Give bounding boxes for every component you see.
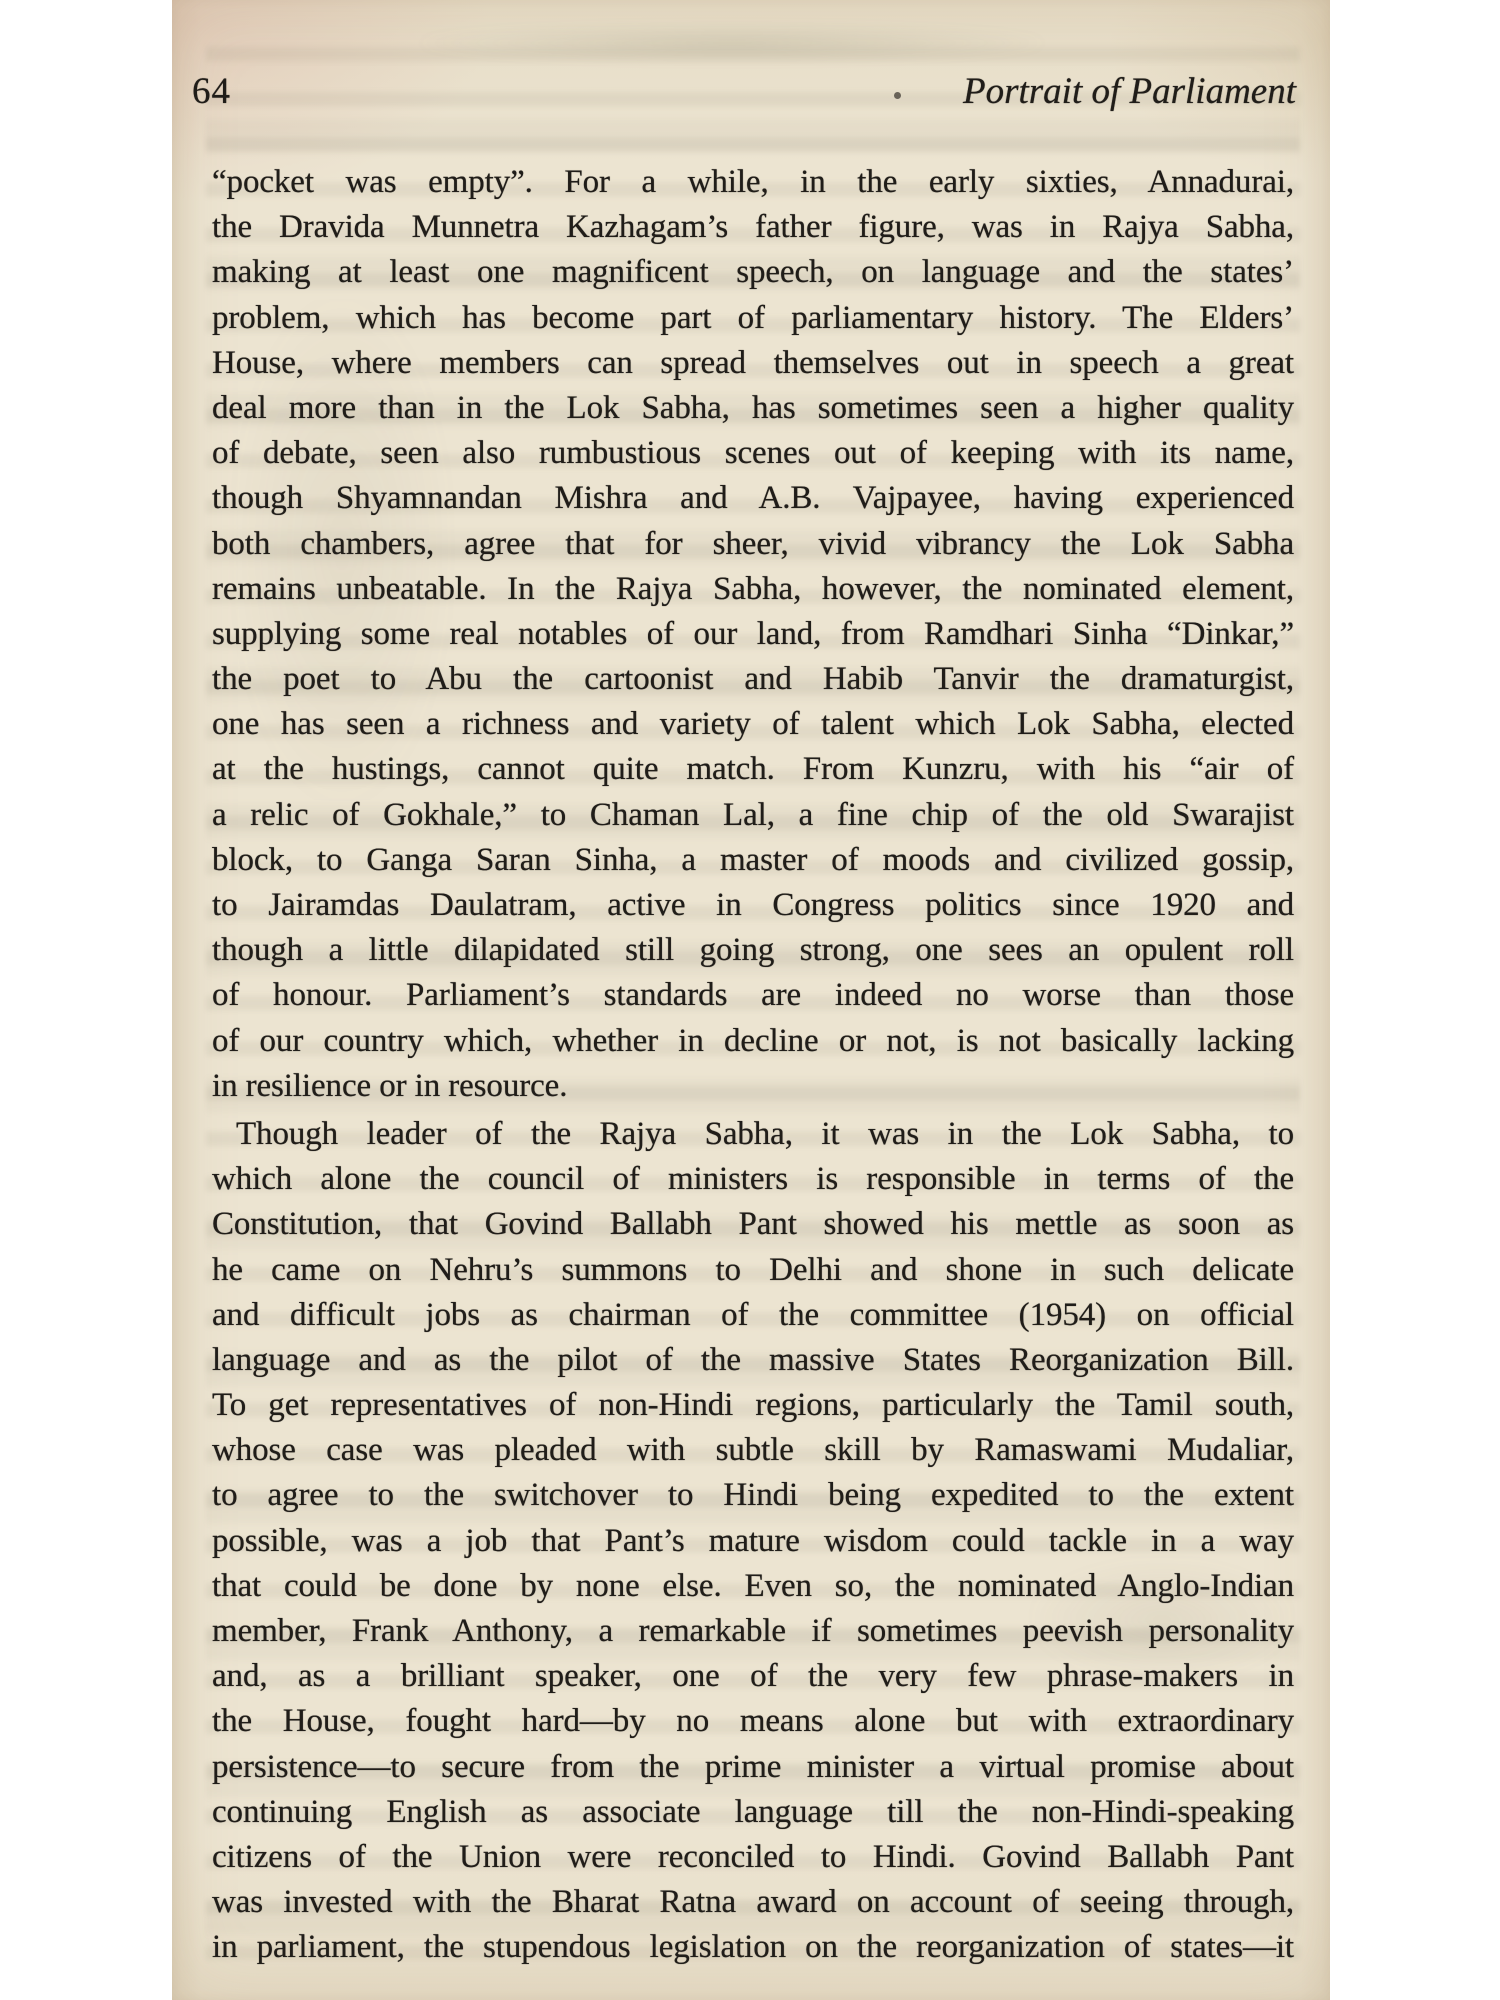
text-line: to Jairamdas Daulatram, active in Congre… (212, 883, 1294, 928)
text-block: “pocket was empty”. For a while, in the … (212, 160, 1294, 1971)
text-line: in resilience or in resource. (212, 1064, 1294, 1109)
text-line: block, to Ganga Saran Sinha, a master of… (212, 838, 1294, 883)
text-line: language and as the pilot of the massive… (212, 1338, 1294, 1383)
text-line: a relic of Gokhale,” to Chaman Lal, a fi… (212, 793, 1294, 838)
text-line: citizens of the Union were reconciled to… (212, 1835, 1294, 1880)
text-line: the Dravida Munnetra Kazhagam’s father f… (212, 205, 1294, 250)
text-line: he came on Nehru’s summons to Delhi and … (212, 1248, 1294, 1293)
text-line: the poet to Abu the cartoonist and Habib… (212, 657, 1294, 702)
text-line: supplying some real notables of our land… (212, 612, 1294, 657)
text-line: though Shyamnandan Mishra and A.B. Vajpa… (212, 476, 1294, 521)
text-line: persistence—to secure from the prime min… (212, 1745, 1294, 1790)
text-line: in parliament, the stupendous legislatio… (212, 1925, 1294, 1970)
scanned-book-page: 64 Portrait of Parliament “pocket was em… (0, 0, 1500, 2000)
text-line: the House, fought hard—by no means alone… (212, 1699, 1294, 1744)
text-line: of our country which, whether in decline… (212, 1019, 1294, 1064)
text-line: remains unbeatable. In the Rajya Sabha, … (212, 567, 1294, 612)
text-line: making at least one magnificent speech, … (212, 250, 1294, 295)
text-line: continuing English as associate language… (212, 1790, 1294, 1835)
text-line: of debate, seen also rumbustious scenes … (212, 431, 1294, 476)
text-line: possible, was a job that Pant’s mature w… (212, 1519, 1294, 1564)
text-line: Though leader of the Rajya Sabha, it was… (212, 1112, 1294, 1157)
paragraph: Though leader of the Rajya Sabha, it was… (212, 1112, 1294, 1971)
text-line: that could be done by none else. Even so… (212, 1564, 1294, 1609)
text-line: To get representatives of non-Hindi regi… (212, 1383, 1294, 1428)
text-line: though a little dilapidated still going … (212, 928, 1294, 973)
text-line: and, as a brilliant speaker, one of the … (212, 1654, 1294, 1699)
text-line: at the hustings, cannot quite match. Fro… (212, 747, 1294, 792)
text-line: one has seen a richness and variety of t… (212, 702, 1294, 747)
text-line: which alone the council of ministers is … (212, 1157, 1294, 1202)
text-line: whose case was pleaded with subtle skill… (212, 1428, 1294, 1473)
text-line: House, where members can spread themselv… (212, 341, 1294, 386)
text-line: was invested with the Bharat Ratna award… (212, 1880, 1294, 1925)
paragraph: “pocket was empty”. For a while, in the … (212, 160, 1294, 1109)
text-line: Constitution, that Govind Ballabh Pant s… (212, 1202, 1294, 1247)
text-line: problem, which has become part of parlia… (212, 296, 1294, 341)
text-line: deal more than in the Lok Sabha, has som… (212, 386, 1294, 431)
text-line: member, Frank Anthony, a remarkable if s… (212, 1609, 1294, 1654)
text-line: both chambers, agree that for sheer, viv… (212, 522, 1294, 567)
running-title: Portrait of Parliament (963, 70, 1296, 113)
page-number: 64 (192, 70, 231, 113)
page-header: 64 Portrait of Parliament (192, 70, 1296, 113)
text-line: of honour. Parliament’s standards are in… (212, 973, 1294, 1018)
text-line: “pocket was empty”. For a while, in the … (212, 160, 1294, 205)
text-line: and difficult jobs as chairman of the co… (212, 1293, 1294, 1338)
text-line: to agree to the switchover to Hindi bein… (212, 1473, 1294, 1518)
page-scan: 64 Portrait of Parliament “pocket was em… (172, 0, 1330, 2000)
bleedthrough-smudge (422, 26, 1042, 60)
